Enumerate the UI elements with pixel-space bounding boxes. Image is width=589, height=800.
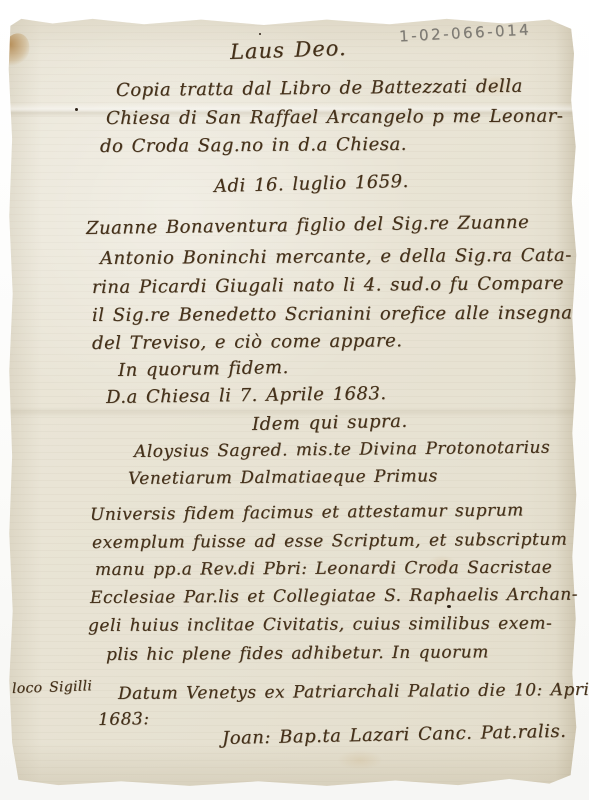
manuscript-line: Chiesa di San Raffael Arcangelo p me Leo… [106,106,563,129]
scanned-document: 1-02-066-014 Laus Deo. Copia tratta dal … [0,0,589,800]
paper-stain [337,750,383,770]
manuscript-line: Venetiarum Dalmatiaeque Primus [128,466,438,489]
manuscript-line: rina Picardi Giugali nato li 4. sud.o fu… [92,273,564,298]
manuscript-line: il Sig.re Benedetto Scrianini orefice al… [92,302,573,326]
corner-stain [0,30,34,70]
ink-dot [259,33,261,35]
manuscript-line: plis hic plene fides adhibetur. In quoru… [106,642,489,665]
manuscript-date: D.a Chiesa li 7. Aprile 1683. [106,383,387,408]
manuscript-line: do Croda Sag.no in d.a Chiesa. [100,134,407,157]
manuscript-line: del Treviso, e ciò come appare. [92,330,403,354]
manuscript-line: Copia tratta dal Libro de Battezzati del… [116,76,523,101]
manuscript-line: Idem qui supra. [252,411,408,435]
manuscript-dateline: Datum Venetys ex Patriarchali Palatio di… [118,680,589,704]
seal-margin-note: loco Sigilli [12,678,93,697]
manuscript-line: manu pp.a Rev.di Pbri: Leonardi Croda Sa… [95,558,552,580]
manuscript-line: In quorum fidem. [118,357,289,381]
manuscript-title: Laus Deo. [230,36,347,64]
manuscript-line: Antonio Boninchi mercante, e della Sig.r… [100,245,572,269]
manuscript-line: geli huius inclitae Civitatis, cuius sim… [88,614,552,636]
manuscript-line: exemplum fuisse ad esse Scriptum, et sub… [92,530,568,553]
ink-dot [75,108,78,111]
manuscript-year: 1683: [98,709,150,730]
manuscript-line: Ecclesiae Par.lis et Collegiatae S. Raph… [90,585,578,608]
